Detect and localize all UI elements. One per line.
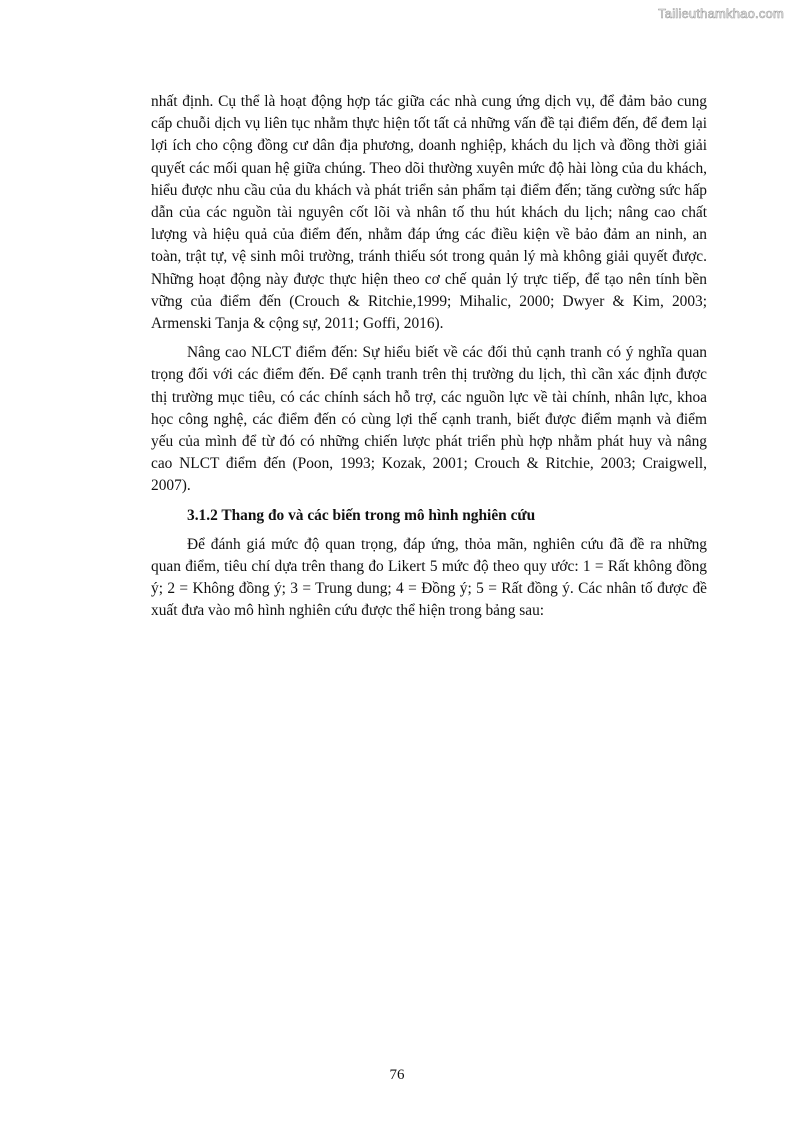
paragraph-gap [151,335,707,342]
document-body: nhất định. Cụ thể là hoạt động hợp tác g… [151,91,707,623]
watermark: Tailieuthamkhao.com [658,6,784,21]
section-heading: 3.1.2 Thang đo và các biến trong mô hình… [151,505,707,527]
paragraph-gap [151,527,707,534]
paragraph-gap [151,498,707,505]
paragraph-destination-management: nhất định. Cụ thể là hoạt động hợp tác g… [151,91,707,335]
paragraph-competitiveness: Nâng cao NLCT điểm đến: Sự hiểu biết về … [151,342,707,497]
page-number: 76 [0,1067,794,1084]
paragraph-likert-scale: Để đánh giá mức độ quan trọng, đáp ứng, … [151,534,707,623]
